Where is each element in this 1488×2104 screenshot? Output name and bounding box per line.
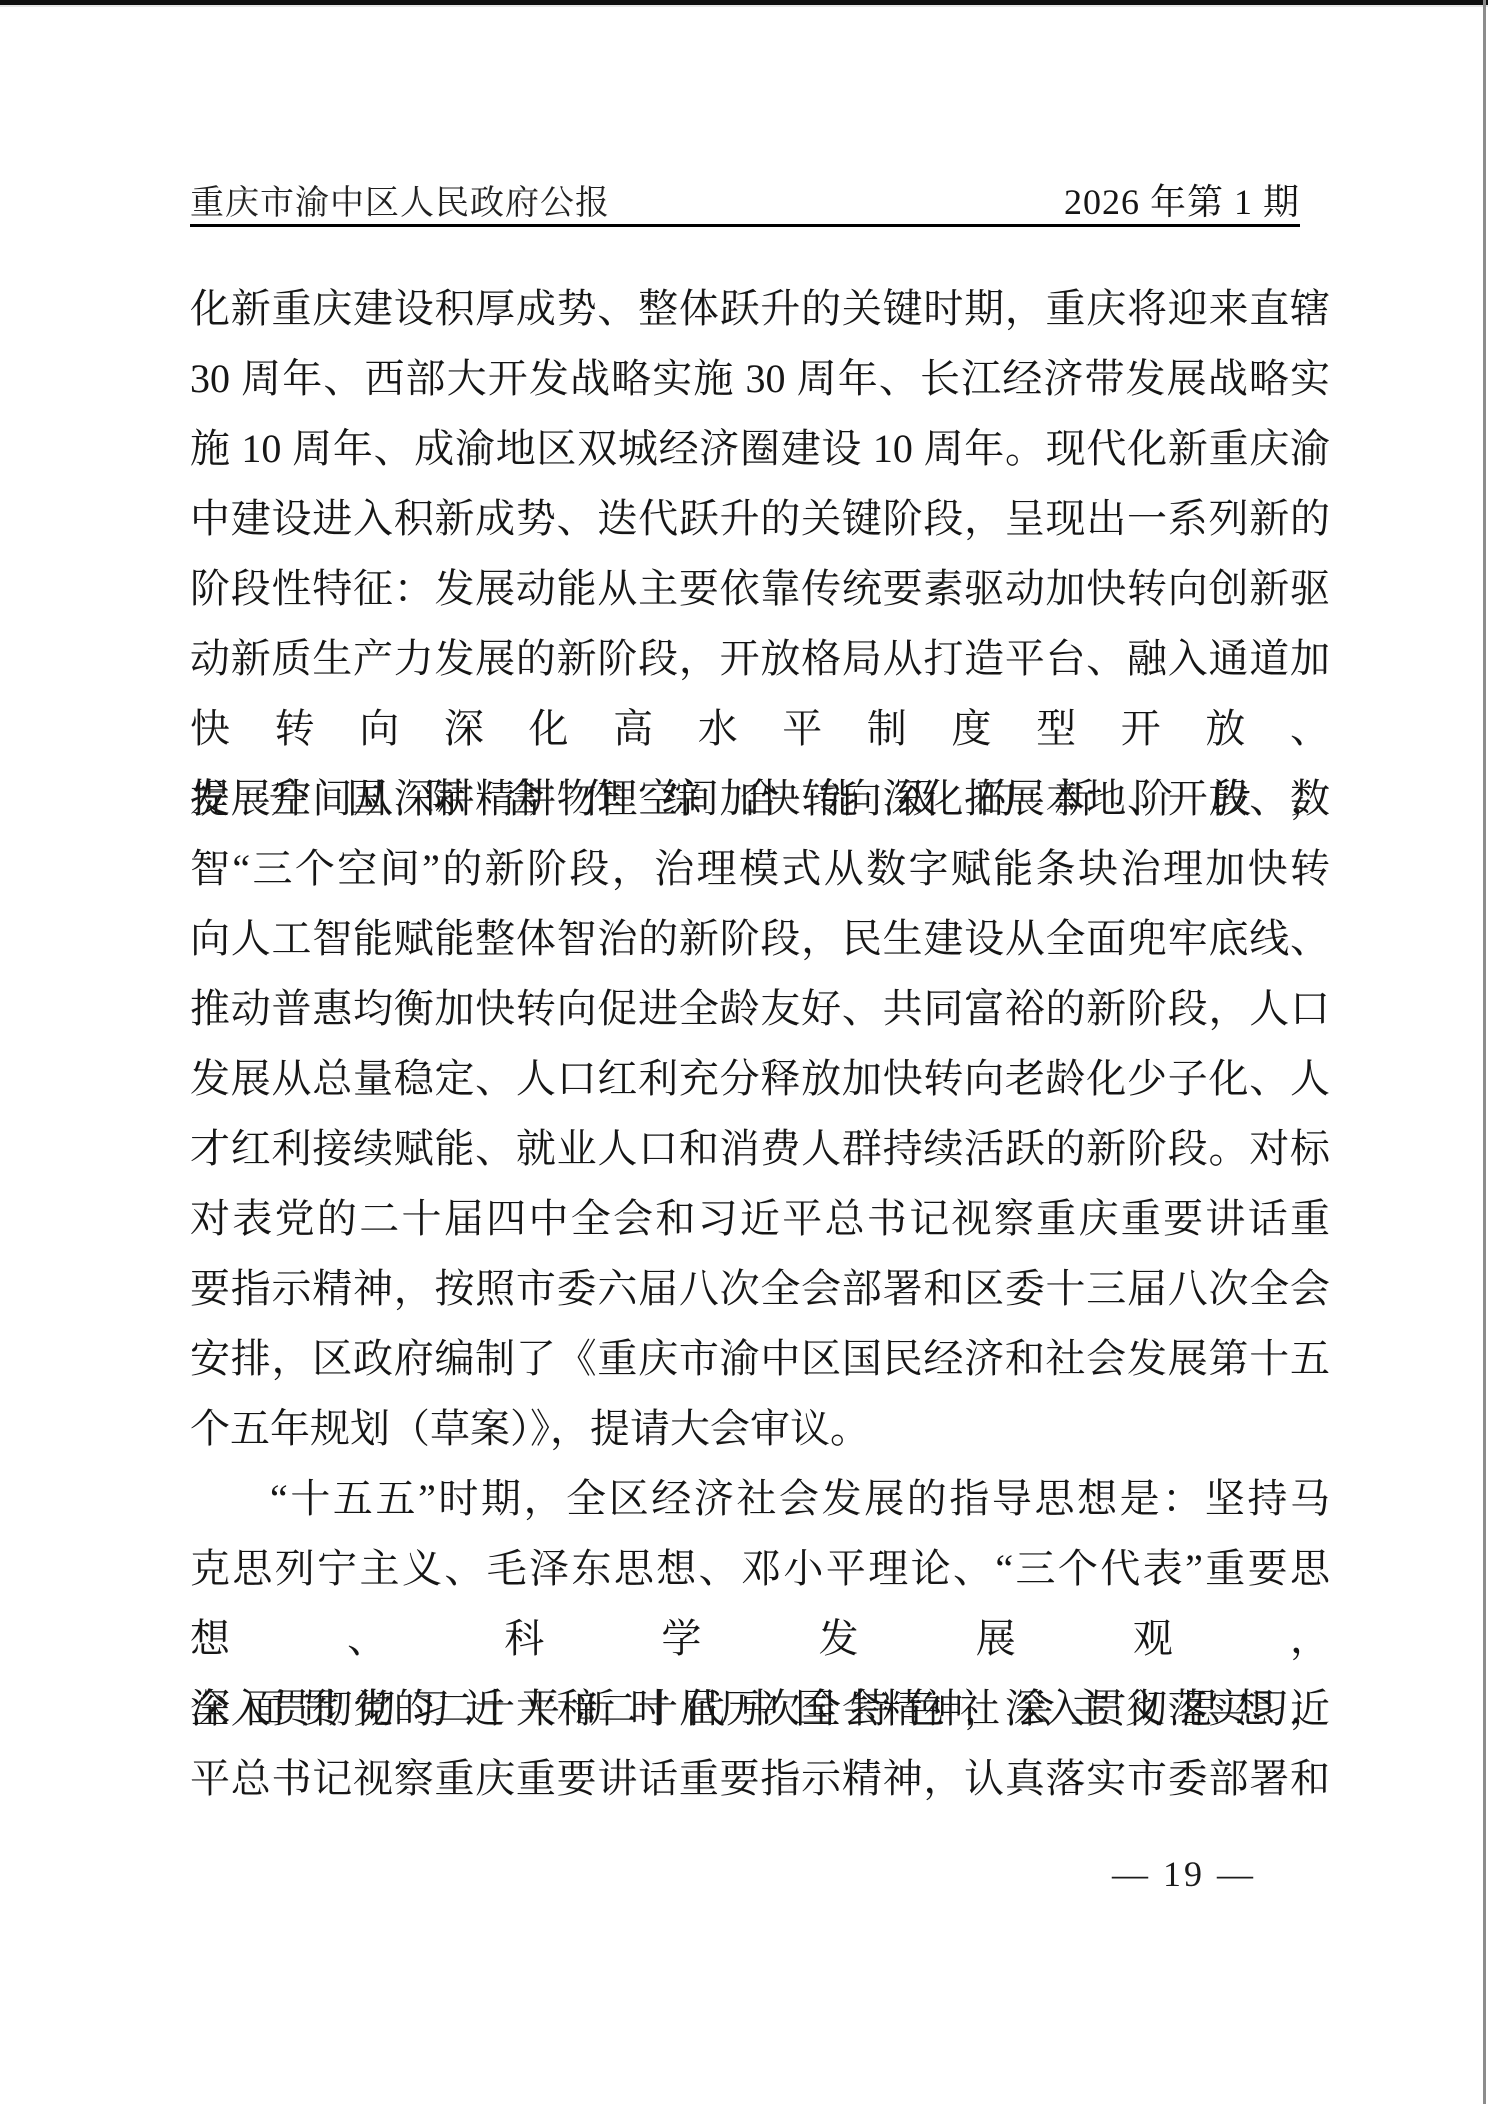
body-line: 想、科学发展观，全面贯彻习近平新时代中国特色社会主义思想， [190,1604,1330,1674]
body-line: 发展从总量稳定、人口红利充分释放加快转向老龄化少子化、人 [190,1044,1330,1114]
page-number: — 19 — [1112,1852,1256,1896]
body-line: 发展空间从深耕精耕物理空间加快转向深化拓展本地、开放、数 [190,764,1330,834]
gazette-page: 重庆市渝中区人民政府公报 2026 年第 1 期 化新重庆建设积厚成势、整体跃升… [0,0,1488,2104]
issue-number: 2026 年第 1 期 [1064,182,1300,222]
body-line: 深入贯彻党的二十大和二十届历次全会精神，深入贯彻落实习近 [190,1674,1330,1744]
gazette-title: 重庆市渝中区人民政府公报 [190,184,610,224]
body-line: 动新质生产力发展的新阶段，开放格局从打造平台、融入通道加 [190,624,1330,694]
body-line: 中建设进入积新成势、迭代跃升的关键阶段，呈现出一系列新的 [190,484,1330,554]
body-line: 对表党的二十届四中全会和习近平总书记视察重庆重要讲话重 [190,1184,1330,1254]
body-line: 个五年规划（草案）》，提请大会审议。 [190,1394,1330,1464]
scan-top-edge-shadow [0,5,1488,7]
body-line: 才红利接续赋能、就业人口和消费人群持续活跃的新阶段。对标 [190,1114,1330,1184]
body-line: 向人工智能赋能整体智治的新阶段，民生建设从全面兜牢底线、 [190,904,1330,974]
body-line: 化新重庆建设积厚成势、整体跃升的关键时期，重庆将迎来直辖 [190,274,1330,344]
body-line: 30 周年、西部大开发战略实施 30 周年、长江经济带发展战略实 [190,344,1330,414]
body-line: 安排，区政府编制了《重庆市渝中区国民经济和社会发展第十五 [190,1324,1330,1394]
body-line: 要指示精神，按照市委六届八次全会部署和区委十三届八次全会 [190,1254,1330,1324]
body-line: “十五五”时期，全区经济社会发展的指导思想是：坚持马 [190,1464,1330,1534]
body-line: 快转向深化高水平制度型开放、提升国际合作综合能级的新阶段， [190,694,1330,764]
body-line: 阶段性特征：发展动能从主要依靠传统要素驱动加快转向创新驱 [190,554,1330,624]
scan-right-edge [1483,0,1486,2104]
body-line: 克思列宁主义、毛泽东思想、邓小平理论、“三个代表”重要思 [190,1534,1330,1604]
page-header: 重庆市渝中区人民政府公报 2026 年第 1 期 [190,182,1300,224]
body-line: 智“三个空间”的新阶段，治理模式从数字赋能条块治理加快转 [190,834,1330,904]
body-text: 化新重庆建设积厚成势、整体跃升的关键时期，重庆将迎来直辖 30 周年、西部大开发… [190,274,1330,1814]
body-line: 施 10 周年、成渝地区双城经济圈建设 10 周年。现代化新重庆渝 [190,414,1330,484]
body-line: 推动普惠均衡加快转向促进全龄友好、共同富裕的新阶段，人口 [190,974,1330,1044]
body-line: 平总书记视察重庆重要讲话重要指示精神，认真落实市委部署和 [190,1744,1330,1814]
header-rule [190,224,1300,227]
